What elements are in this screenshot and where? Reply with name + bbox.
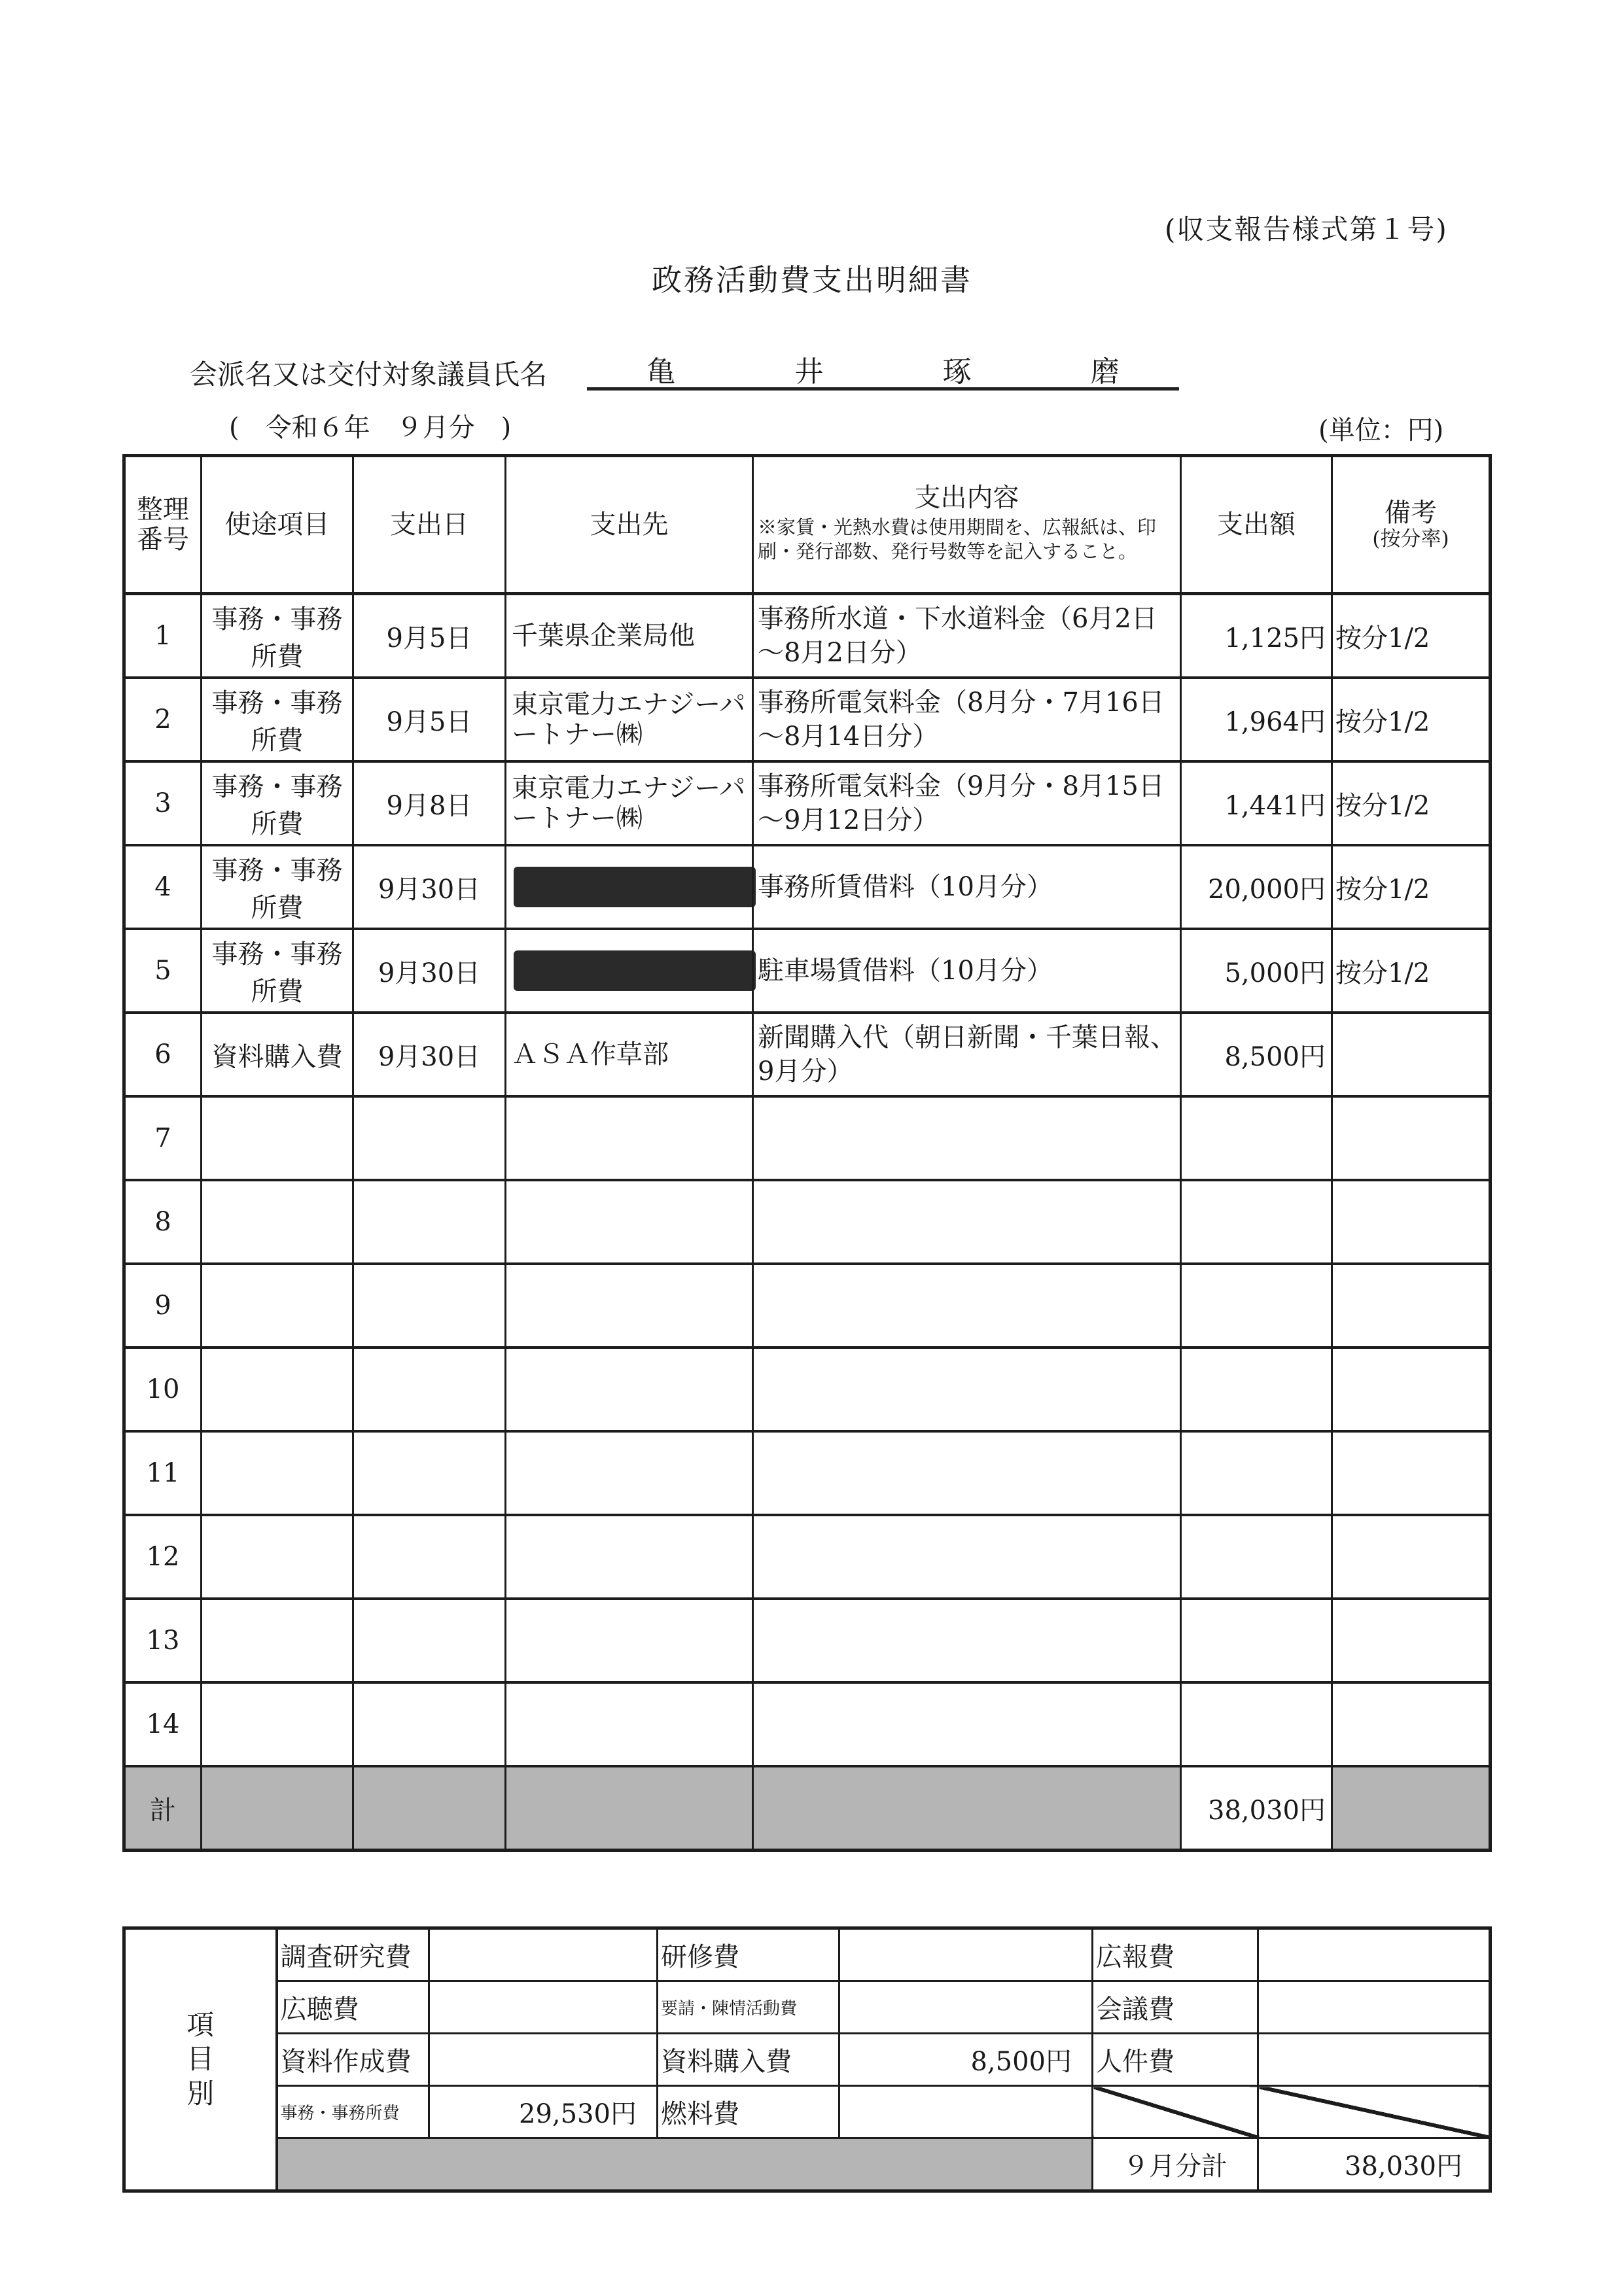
redaction-block <box>514 867 756 907</box>
row-amount <box>1181 1515 1332 1599</box>
header-amount: 支出額 <box>1181 456 1332 594</box>
header-content-note: ※家賃・光熱水費は使用期間を、広報紙は、印刷・発行部数、発行号数等を記入すること… <box>754 513 1180 566</box>
row-content: 事務所電気料金（8月分・7月16日～8月14日分） <box>753 678 1181 761</box>
row-content <box>753 1515 1181 1599</box>
row-content: 新聞購入代（朝日新聞・千葉日報、9月分） <box>753 1013 1181 1096</box>
header-remarks-sub: (按分率) <box>1333 528 1489 551</box>
row-number: 10 <box>124 1348 202 1431</box>
row-payee <box>506 1431 753 1515</box>
row-amount <box>1181 1180 1332 1264</box>
table-row: 14 <box>124 1682 1491 1766</box>
summary-category-label: 会議費 <box>1093 1981 1258 2034</box>
summary-category-label: 調査研究費 <box>277 1928 429 1981</box>
row-date: 9月30日 <box>353 929 506 1013</box>
row-payee <box>506 1096 753 1180</box>
row-payee: 東京電力エナジーパートナー㈱ <box>506 761 753 845</box>
header-payee: 支出先 <box>506 456 753 594</box>
row-amount <box>1181 1348 1332 1431</box>
row-remarks <box>1332 1264 1491 1348</box>
header-content: 支出内容 ※家賃・光熱水費は使用期間を、広報紙は、印刷・発行部数、発行号数等を記… <box>753 456 1181 594</box>
row-payee <box>506 929 753 1013</box>
summary-side-text: 項目別 <box>186 2008 215 2112</box>
row-date <box>353 1096 506 1180</box>
row-date <box>353 1515 506 1599</box>
row-purpose <box>202 1348 353 1431</box>
row-number: 13 <box>124 1599 202 1682</box>
row-remarks: 按分1/2 <box>1332 761 1491 845</box>
summary-category-label: 資料作成費 <box>277 2034 429 2086</box>
row-payee <box>506 1515 753 1599</box>
row-amount <box>1181 1599 1332 1682</box>
row-payee <box>506 1348 753 1431</box>
shaded-cell <box>753 1766 1181 1851</box>
summary-row: 資料作成費資料購入費8,500円人件費 <box>124 2034 1491 2086</box>
member-name-char: 亀 <box>646 348 675 387</box>
row-amount: 20,000円 <box>1181 845 1332 929</box>
row-amount <box>1181 1264 1332 1348</box>
row-remarks <box>1332 1515 1491 1599</box>
row-content <box>753 1599 1181 1682</box>
row-purpose <box>202 1096 353 1180</box>
row-amount: 1,441円 <box>1181 761 1332 845</box>
total-label: 計 <box>124 1766 202 1851</box>
member-label: 会派名又は交付対象議員氏名 <box>190 353 547 392</box>
shaded-cell <box>277 2138 1093 2191</box>
row-purpose: 事務・事務所費 <box>202 929 353 1013</box>
summary-category-value <box>1258 1981 1491 2034</box>
row-date <box>353 1180 506 1264</box>
header-purpose: 使途項目 <box>202 456 353 594</box>
table-row: 8 <box>124 1180 1491 1264</box>
total-amount: 38,030円 <box>1181 1766 1332 1851</box>
row-purpose <box>202 1682 353 1766</box>
header-remarks-title: 備考 <box>1385 498 1437 528</box>
row-number: 4 <box>124 845 202 929</box>
row-number: 9 <box>124 1264 202 1348</box>
member-name-char: 井 <box>794 348 823 387</box>
summary-row: 事務・事務所費29,530円燃料費 <box>124 2086 1491 2138</box>
summary-total-row: ９月分計38,030円 <box>124 2138 1491 2191</box>
row-remarks: 按分1/2 <box>1332 929 1491 1013</box>
header-no-text: 整理番号 <box>137 495 189 555</box>
row-amount: 8,500円 <box>1181 1013 1332 1096</box>
row-remarks <box>1332 1096 1491 1180</box>
row-number: 6 <box>124 1013 202 1096</box>
row-content <box>753 1431 1181 1515</box>
row-payee: 東京電力エナジーパートナー㈱ <box>506 678 753 761</box>
row-content <box>753 1682 1181 1766</box>
header-content-title: 支出内容 <box>754 483 1180 513</box>
row-number: 1 <box>124 594 202 678</box>
row-number: 8 <box>124 1180 202 1264</box>
header-no: 整理番号 <box>124 456 202 594</box>
row-remarks: 按分1/2 <box>1332 678 1491 761</box>
summary-category-label: 広報費 <box>1093 1928 1258 1981</box>
table-row: 5事務・事務所費9月30日駐車場賃借料（10月分）5,000円按分1/2 <box>124 929 1491 1013</box>
row-number: 2 <box>124 678 202 761</box>
table-row: 9 <box>124 1264 1491 1348</box>
table-row: 7 <box>124 1096 1491 1180</box>
summary-category-label: 広聴費 <box>277 1981 429 2034</box>
row-purpose: 事務・事務所費 <box>202 845 353 929</box>
summary-category-value: 8,500円 <box>839 2034 1093 2086</box>
row-number: 11 <box>124 1431 202 1515</box>
shaded-cell <box>202 1766 353 1851</box>
unit-label: (単位：円) <box>1318 409 1443 447</box>
row-purpose: 資料購入費 <box>202 1013 353 1096</box>
summary-category-value <box>839 2086 1093 2138</box>
summary-row: 広聴費要請・陳情活動費会議費 <box>124 1981 1491 2034</box>
header-remarks: 備考 (按分率) <box>1332 456 1491 594</box>
row-purpose <box>202 1599 353 1682</box>
shaded-cell <box>353 1766 506 1851</box>
row-content: 事務所電気料金（9月分・8月15日～9月12日分） <box>753 761 1181 845</box>
summary-category-label: 要請・陳情活動費 <box>658 1981 839 2034</box>
row-date: 9月8日 <box>353 761 506 845</box>
row-amount: 1,964円 <box>1181 678 1332 761</box>
summary-category-label: 事務・事務所費 <box>277 2086 429 2138</box>
row-purpose <box>202 1431 353 1515</box>
document-title: 政務活動費支出明細書 <box>0 256 1624 300</box>
row-purpose <box>202 1264 353 1348</box>
row-date <box>353 1348 506 1431</box>
row-remarks <box>1332 1180 1491 1264</box>
table-row: 4事務・事務所費9月30日事務所賃借料（10月分）20,000円按分1/2 <box>124 845 1491 929</box>
table-row: 2事務・事務所費9月5日東京電力エナジーパートナー㈱事務所電気料金（8月分・7月… <box>124 678 1491 761</box>
summary-category-label: 研修費 <box>658 1928 839 1981</box>
row-content: 駐車場賃借料（10月分） <box>753 929 1181 1013</box>
table-row: 6資料購入費9月30日ＡＳＡ作草部新聞購入代（朝日新聞・千葉日報、9月分）8,5… <box>124 1013 1491 1096</box>
expense-table: 整理番号 使途項目 支出日 支出先 支出内容 ※家賃・光熱水費は使用期間を、広報… <box>122 454 1492 1852</box>
row-purpose: 事務・事務所費 <box>202 761 353 845</box>
summary-category-value <box>429 1981 658 2034</box>
table-row: 11 <box>124 1431 1491 1515</box>
summary-category-value <box>1258 1928 1491 1981</box>
row-payee: 千葉県企業局他 <box>506 594 753 678</box>
row-number: 3 <box>124 761 202 845</box>
summary-category-value <box>429 1928 658 1981</box>
row-payee: ＡＳＡ作草部 <box>506 1013 753 1096</box>
table-row: 12 <box>124 1515 1491 1599</box>
summary-category-value <box>839 1981 1093 2034</box>
row-payee <box>506 1264 753 1348</box>
row-purpose: 事務・事務所費 <box>202 678 353 761</box>
row-payee <box>506 1682 753 1766</box>
row-amount <box>1181 1096 1332 1180</box>
member-name: 亀 井 琢 磨 <box>587 348 1179 391</box>
member-name-char: 磨 <box>1091 348 1120 387</box>
table-row: 13 <box>124 1599 1491 1682</box>
row-content <box>753 1096 1181 1180</box>
total-row: 計 38,030円 <box>124 1766 1491 1851</box>
table-row: 10 <box>124 1348 1491 1431</box>
row-date <box>353 1264 506 1348</box>
summary-side-label: 項目別 <box>124 1928 277 2191</box>
row-content: 事務所賃借料（10月分） <box>753 845 1181 929</box>
summary-category-value: 29,530円 <box>429 2086 658 2138</box>
summary-row: 項目別調査研究費研修費広報費 <box>124 1928 1491 1981</box>
row-remarks: 按分1/2 <box>1332 594 1491 678</box>
row-number: 7 <box>124 1096 202 1180</box>
summary-category-value <box>839 1928 1093 1981</box>
shaded-cell <box>1332 1766 1491 1851</box>
row-content: 事務所水道・下水道料金（6月2日～8月2日分） <box>753 594 1181 678</box>
row-purpose <box>202 1180 353 1264</box>
header-date: 支出日 <box>353 456 506 594</box>
row-payee <box>506 1599 753 1682</box>
table-row: 1事務・事務所費9月5日千葉県企業局他事務所水道・下水道料金（6月2日～8月2日… <box>124 594 1491 678</box>
table-header-row: 整理番号 使途項目 支出日 支出先 支出内容 ※家賃・光熱水費は使用期間を、広報… <box>124 456 1491 594</box>
row-purpose <box>202 1515 353 1599</box>
row-number: 12 <box>124 1515 202 1599</box>
row-remarks: 按分1/2 <box>1332 845 1491 929</box>
row-remarks <box>1332 1348 1491 1431</box>
table-row: 3事務・事務所費9月8日東京電力エナジーパートナー㈱事務所電気料金（9月分・8月… <box>124 761 1491 845</box>
summary-category-value <box>1258 2034 1491 2086</box>
report-period: ( 令和６年 ９月分 ) <box>229 407 511 444</box>
row-payee <box>506 1180 753 1264</box>
row-payee <box>506 845 753 929</box>
row-content <box>753 1180 1181 1264</box>
row-remarks <box>1332 1682 1491 1766</box>
row-date <box>353 1599 506 1682</box>
shaded-cell <box>506 1766 753 1851</box>
row-remarks <box>1332 1599 1491 1682</box>
row-remarks <box>1332 1431 1491 1515</box>
grand-total-label: ９月分計 <box>1093 2138 1258 2191</box>
row-date: 9月30日 <box>353 845 506 929</box>
row-remarks <box>1332 1013 1491 1096</box>
row-amount <box>1181 1682 1332 1766</box>
form-number: (収支報告様式第１号) <box>1165 208 1448 247</box>
member-name-char: 琢 <box>943 348 972 387</box>
summary-category-label: 人件費 <box>1093 2034 1258 2086</box>
row-amount <box>1181 1431 1332 1515</box>
row-date: 9月5日 <box>353 594 506 678</box>
summary-category-value <box>429 2034 658 2086</box>
summary-slash-cell <box>1093 2086 1258 2138</box>
row-date <box>353 1431 506 1515</box>
row-purpose: 事務・事務所費 <box>202 594 353 678</box>
summary-slash-cell <box>1258 2086 1491 2138</box>
row-amount: 5,000円 <box>1181 929 1332 1013</box>
redaction-block <box>514 950 756 991</box>
row-date <box>353 1682 506 1766</box>
grand-total-value: 38,030円 <box>1258 2138 1491 2191</box>
row-date: 9月5日 <box>353 678 506 761</box>
row-date: 9月30日 <box>353 1013 506 1096</box>
summary-category-label: 燃料費 <box>658 2086 839 2138</box>
row-amount: 1,125円 <box>1181 594 1332 678</box>
category-summary-table: 項目別調査研究費研修費広報費広聴費要請・陳情活動費会議費資料作成費資料購入費8,… <box>122 1926 1492 2193</box>
summary-category-label: 資料購入費 <box>658 2034 839 2086</box>
row-number: 5 <box>124 929 202 1013</box>
row-content <box>753 1348 1181 1431</box>
row-content <box>753 1264 1181 1348</box>
row-number: 14 <box>124 1682 202 1766</box>
